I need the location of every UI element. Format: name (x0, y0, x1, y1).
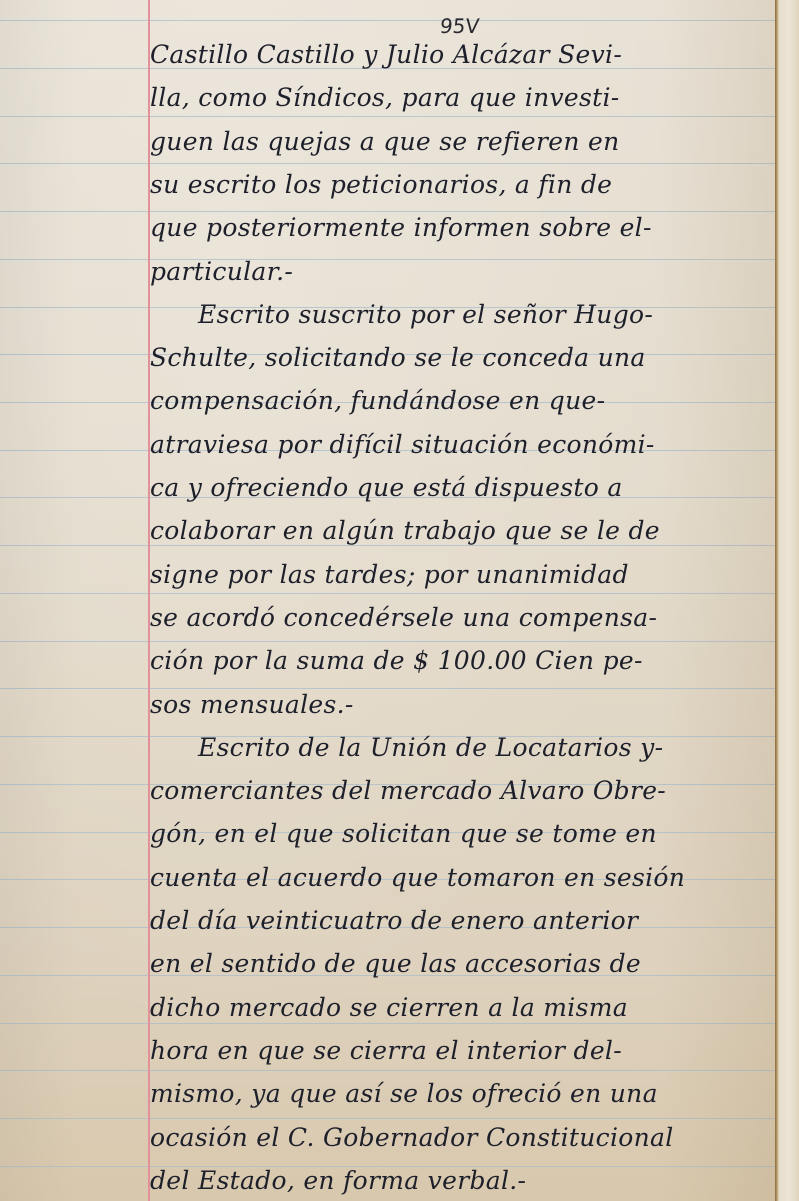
page-edge (775, 0, 799, 1201)
handwritten-line: se acordó concedérsele una compensa- (150, 603, 775, 633)
handwritten-line: del día veinticuatro de enero anterior (150, 906, 775, 936)
handwritten-line: ocasión el C. Gobernador Constitucional (150, 1123, 775, 1153)
handwritten-line: Escrito suscrito por el señor Hugo- (198, 300, 775, 330)
handwritten-line: colaborar en algún trabajo que se le de (150, 516, 775, 546)
handwritten-line: Castillo Castillo y Julio Alcázar Sevi- (150, 40, 775, 70)
ruled-line (0, 1118, 775, 1119)
handwritten-line: ción por la suma de $ 100.00 Cien pe- (150, 646, 775, 676)
ruled-line (0, 211, 775, 212)
page-number: 95V (439, 14, 481, 38)
handwritten-line: ca y ofreciendo que está dispuesto a (150, 473, 775, 503)
handwritten-line: en el sentido de que las accesorias de (150, 949, 775, 979)
ruled-line (0, 1070, 775, 1071)
handwritten-line: particular.- (150, 257, 775, 287)
handwritten-line: cuenta el acuerdo que tomaron en sesión (150, 863, 775, 893)
ruled-line (0, 20, 775, 21)
ruled-line (0, 163, 775, 164)
handwritten-line: Schulte, solicitando se le conceda una (150, 343, 775, 373)
handwritten-line: mismo, ya que así se los ofreció en una (150, 1079, 775, 1109)
handwritten-line: que posteriormente informen sobre el- (150, 213, 775, 243)
ruled-line (0, 593, 775, 594)
handwritten-line: su escrito los peticionarios, a fin de (150, 170, 775, 200)
handwritten-line: dicho mercado se cierren a la misma (150, 993, 775, 1023)
ruled-line (0, 641, 775, 642)
handwritten-line: Escrito de la Unión de Locatarios y- (198, 733, 775, 763)
ruled-line (0, 1023, 775, 1024)
handwritten-line: guen las quejas a que se refieren en (150, 127, 775, 157)
handwritten-line: atraviesa por difícil situación económi- (150, 430, 775, 460)
handwritten-line: sos mensuales.- (150, 690, 775, 720)
handwritten-line: comerciantes del mercado Alvaro Obre- (150, 776, 775, 806)
ruled-line (0, 116, 775, 117)
handwritten-line: del Estado, en forma verbal.- (150, 1166, 775, 1196)
handwritten-line: signe por las tardes; por unanimidad (150, 560, 775, 590)
handwritten-line: compensación, fundándose en que- (150, 386, 775, 416)
handwritten-line: gón, en el que solicitan que se tome en (150, 819, 775, 849)
handwritten-ledger-page: 95V Castillo Castillo y Julio Alcázar Se… (0, 0, 775, 1201)
handwritten-line: hora en que se cierra el interior del- (150, 1036, 775, 1066)
handwritten-line: lla, como Síndicos, para que investi- (150, 83, 775, 113)
